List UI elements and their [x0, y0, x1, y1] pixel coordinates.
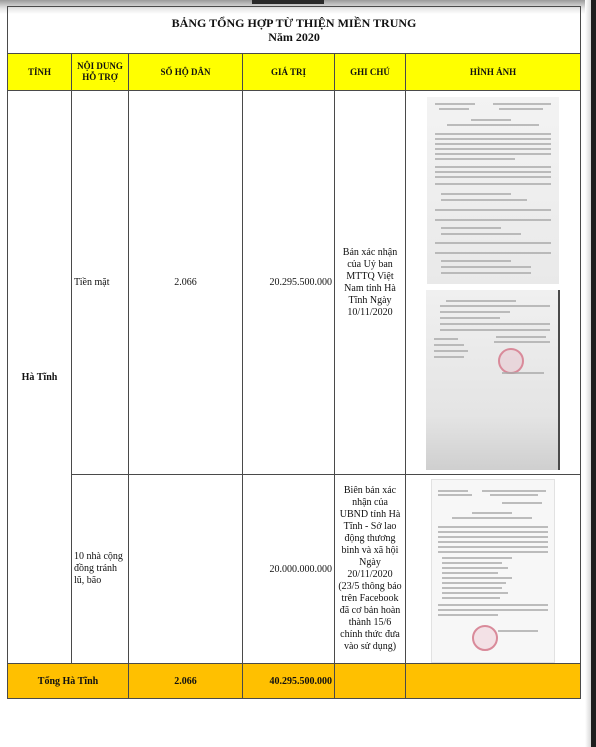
images-cell	[406, 91, 581, 475]
document-photo-icon[interactable]	[426, 290, 560, 470]
header-province: TỈNH	[8, 54, 72, 91]
header-households: SỐ HỘ DÂN	[129, 54, 243, 91]
note-cell: Bản xác nhận của Uỷ ban MTTQ Việt Nam tỉ…	[335, 91, 406, 475]
support-cell: Tiền mặt	[72, 91, 129, 475]
total-row: Tổng Hà Tĩnh 2.066 40.295.500.000	[8, 664, 581, 699]
total-images	[406, 664, 581, 699]
support-cell: 10 nhà cộng đồng tránh lũ, bão	[72, 475, 129, 664]
total-value: 40.295.500.000	[243, 664, 335, 699]
document-photo-icon[interactable]	[427, 97, 559, 284]
total-households: 2.066	[129, 664, 243, 699]
note-cell: Biên bản xác nhận của UBND tỉnh Hà Tĩnh …	[335, 475, 406, 664]
subtitle-text: Năm 2020	[10, 30, 578, 44]
table-title: BẢNG TỔNG HỢP TỪ THIỆN MIỀN TRUNG Năm 20…	[8, 7, 581, 54]
value-cell: 20.000.000.000	[243, 475, 335, 664]
scrollbar[interactable]	[591, 0, 596, 747]
document-photo-icon[interactable]	[431, 479, 555, 663]
charity-summary-table: BẢNG TỔNG HỢP TỪ THIỆN MIỀN TRUNG Năm 20…	[7, 6, 581, 699]
households-cell	[129, 475, 243, 664]
header-row: TỈNH NỘI DUNG HỖ TRỢ SỐ HỘ DÂN GIÁ TRỊ G…	[8, 54, 581, 91]
toolbar-tab	[252, 0, 324, 4]
province-cell: Hà Tĩnh	[8, 91, 72, 664]
header-images: HÌNH ẢNH	[406, 54, 581, 91]
header-support: NỘI DUNG HỖ TRỢ	[72, 54, 129, 91]
header-value: GIÁ TRỊ	[243, 54, 335, 91]
value-cell: 20.295.500.000	[243, 91, 335, 475]
households-cell: 2.066	[129, 91, 243, 475]
images-cell	[406, 475, 581, 664]
total-label: Tổng Hà Tĩnh	[8, 664, 129, 699]
table-row: 10 nhà cộng đồng tránh lũ, bão 20.000.00…	[8, 475, 581, 664]
table-row: Hà Tĩnh Tiền mặt 2.066 20.295.500.000 Bả…	[8, 91, 581, 475]
header-note: GHI CHÚ	[335, 54, 406, 91]
total-note	[335, 664, 406, 699]
document-viewer: BẢNG TỔNG HỢP TỪ THIỆN MIỀN TRUNG Năm 20…	[0, 0, 596, 747]
title-text: BẢNG TỔNG HỢP TỪ THIỆN MIỀN TRUNG	[10, 16, 578, 30]
